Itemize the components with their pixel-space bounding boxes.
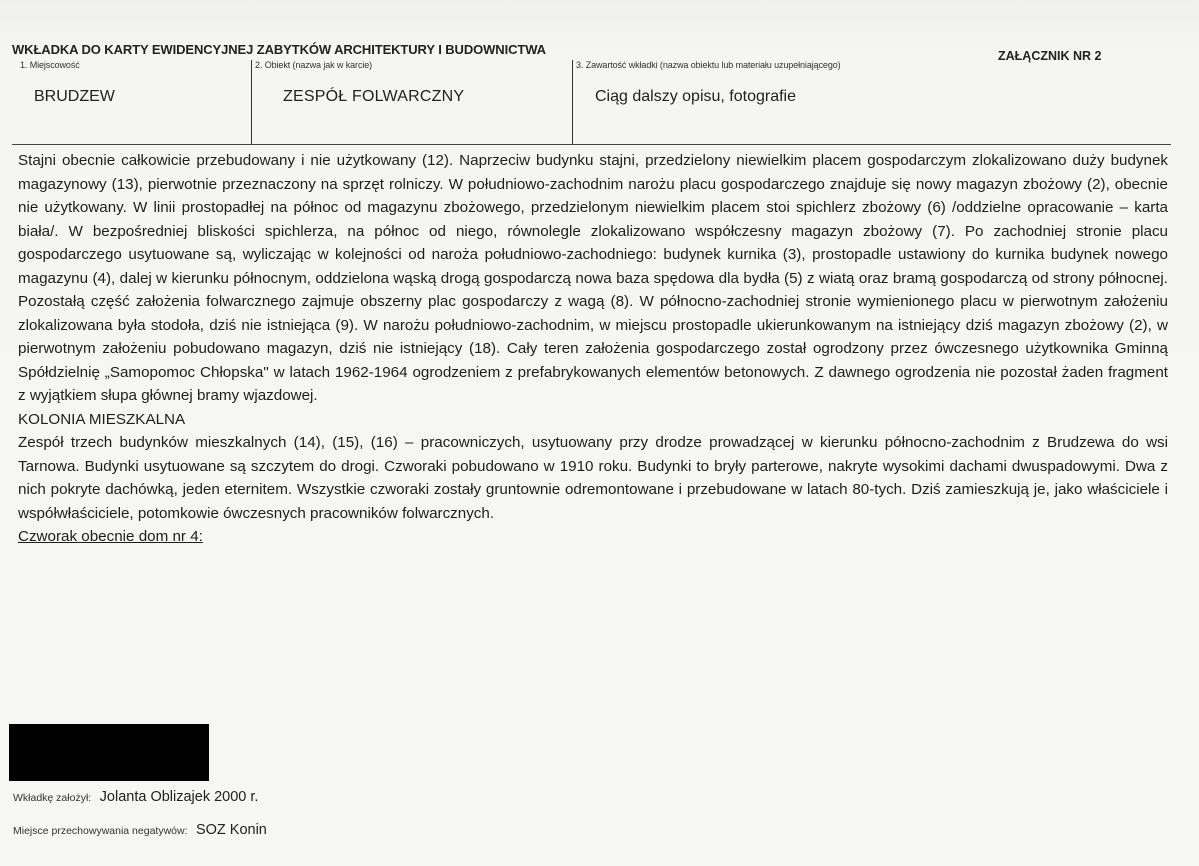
footer-negatives-storage: Miejsce przechowywania negatywów: SOZ Ko… [13,821,267,839]
section-heading-residential-colony: KOLONIA MIESZKALNA [18,408,1168,432]
author-label: Wkładkę założył: [13,792,91,804]
field-object-value: ZESPÓŁ FOLWARCZNY [283,88,464,106]
field-locality-value: BRUDZEW [34,88,115,106]
field-contents: 3. Zawartość wkładki (nazwa obiektu lub … [572,60,993,144]
header-fields-table: 1. Miejscowość BRUDZEW 2. Obiekt (nazwa … [12,60,1171,144]
redacted-photo-block [9,724,209,781]
field-locality-label: 1. Miejscowość [20,60,80,70]
field-contents-value: Ciąg dalszy opisu, fotografie [595,88,796,106]
document-page: WKŁADKA DO KARTY EWIDENCYJNEJ ZABYTKÓW A… [0,0,1199,866]
field-contents-label: 3. Zawartość wkładki (nazwa obiektu lub … [576,60,841,70]
storage-label: Miejsce przechowywania negatywów: [13,825,188,837]
header-divider [12,144,1171,145]
field-object: 2. Obiekt (nazwa jak w karcie) ZESPÓŁ FO… [251,60,572,144]
footer-author: Wkładkę założył: Jolanta Oblizajek 2000 … [13,788,258,806]
photo-caption: Czworak obecnie dom nr 4: [18,525,1168,549]
field-object-label: 2. Obiekt (nazwa jak w karcie) [255,60,372,70]
description-paragraph-farm: Stajni obecnie całkowicie przebudowany i… [18,149,1168,408]
author-value: Jolanta Oblizajek 2000 r. [100,789,259,805]
storage-value: SOZ Konin [196,822,267,838]
description-body: Stajni obecnie całkowicie przebudowany i… [18,149,1168,549]
field-locality: 1. Miejscowość BRUDZEW [12,60,250,144]
document-title: WKŁADKA DO KARTY EWIDENCYJNEJ ZABYTKÓW A… [12,42,546,57]
description-paragraph-colony: Zespół trzech budynków mieszkalnych (14)… [18,431,1168,525]
